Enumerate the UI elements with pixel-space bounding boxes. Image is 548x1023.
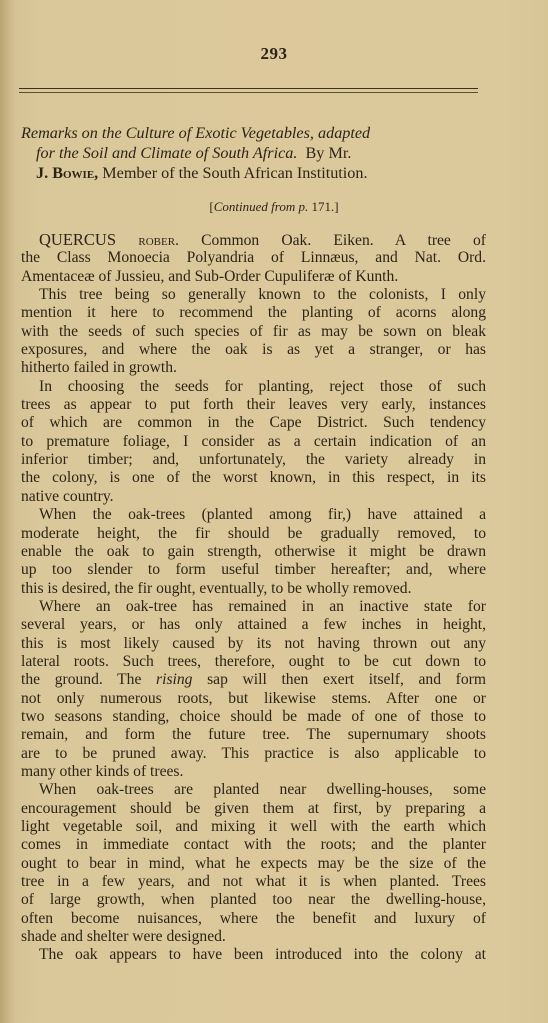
text-line: When the oak-trees (planted among fir,) … <box>21 506 486 524</box>
byline-prefix: By Mr. <box>306 144 352 162</box>
text-segment: to premature foliage, I consider as a ce… <box>21 433 486 450</box>
text-line: native country. <box>21 488 486 506</box>
text-segment: this is most likely caused by its not ha… <box>21 635 486 652</box>
article-body: QUERCUS rober. Common Oak. Eiken. A tree… <box>21 231 486 965</box>
text-segment: enable the oak to gain strength, otherwi… <box>21 543 486 560</box>
text-segment: When oak-trees are planted near dwelling… <box>39 781 486 798</box>
text-line: to premature foliage, I consider as a ce… <box>21 433 486 451</box>
title-italic-1: Remarks on the Culture of Exotic Vegetab… <box>21 124 370 142</box>
text-line: encouragement should be given them at fi… <box>21 800 486 818</box>
text-segment: moderate height, the fir should be gradu… <box>21 525 486 542</box>
text-line: tree in a few years, and not what it is … <box>21 873 486 891</box>
text-segment: comes in immediate contact with the root… <box>21 836 486 853</box>
text-segment: remain, and form the future tree. The su… <box>21 726 486 743</box>
text-line: moderate height, the fir should be gradu… <box>21 525 486 543</box>
text-line: Where an oak-tree has remained in an ina… <box>21 598 486 616</box>
text-segment: Where an oak-tree has remained in an ina… <box>39 598 486 615</box>
text-segment: of large growth, when planted too near t… <box>21 891 486 908</box>
text-segment: rober. <box>138 232 179 249</box>
text-line: exposures, and where the oak is as yet a… <box>21 341 486 359</box>
text-line: enable the oak to gain strength, otherwi… <box>21 543 486 561</box>
header-rule <box>19 88 478 89</box>
text-segment: of which are common in the Cape District… <box>21 414 486 431</box>
text-segment: tree in a few years, and not what it is … <box>21 873 486 890</box>
text-line: hitherto failed in growth. <box>21 359 486 377</box>
author-name: J. Bowie, <box>36 164 98 182</box>
text-segment: this is desired, the fir ought, eventual… <box>21 580 411 597</box>
text-line: the ground. The rising sap will then exe… <box>21 671 486 689</box>
title-italic-2: for the Soil and Climate of South Africa… <box>36 144 297 162</box>
text-segment: two seasons standing, choice should be m… <box>21 708 486 725</box>
book-page: 293 Remarks on the Culture of Exotic Veg… <box>0 0 548 1023</box>
text-segment: This tree being so generally known to th… <box>39 286 486 303</box>
text-segment: are to be pruned away. This practice is … <box>21 745 486 762</box>
text-line: this is most likely caused by its not ha… <box>21 635 486 653</box>
text-line: up too slender to form useful timber her… <box>21 561 486 579</box>
text-line: are to be pruned away. This practice is … <box>21 745 486 763</box>
text-line: this is desired, the fir ought, eventual… <box>21 580 486 598</box>
page-number: 293 <box>0 44 548 64</box>
text-segment: not only numerous roots, but likewise st… <box>21 690 486 707</box>
text-line: two seasons standing, choice should be m… <box>21 708 486 726</box>
text-line: trees as appear to put forth their leave… <box>21 396 486 414</box>
article-title: Remarks on the Culture of Exotic Vegetab… <box>21 123 484 183</box>
text-segment: with the seeds of such species of fir as… <box>21 323 486 340</box>
text-line: of large growth, when planted too near t… <box>21 891 486 909</box>
text-segment: encouragement should be given them at fi… <box>21 800 486 817</box>
text-line: many other kinds of trees. <box>21 763 486 781</box>
text-segment: QUERCUS <box>39 230 138 249</box>
text-line: several years, or has only attained a fe… <box>21 616 486 634</box>
text-line: inferior timber; and, unfortunately, the… <box>21 451 486 469</box>
text-line: ought to bear in mind, what he expects m… <box>21 855 486 873</box>
text-segment: many other kinds of trees. <box>21 763 183 780</box>
text-line: mention it here to recommend the plantin… <box>21 304 486 322</box>
text-line: often become nuisances, where the benefi… <box>21 910 486 928</box>
text-segment: When the oak-trees (planted among fir,) … <box>39 506 486 523</box>
continued-note: [Continued from p. 171.] <box>0 199 548 215</box>
text-line: the colony, is one of the worst known, i… <box>21 469 486 487</box>
text-segment: several years, or has only attained a fe… <box>21 616 486 633</box>
text-line: This tree being so generally known to th… <box>21 286 486 304</box>
text-line: not only numerous roots, but likewise st… <box>21 690 486 708</box>
text-line: When oak-trees are planted near dwelling… <box>21 781 486 799</box>
text-segment: exposures, and where the oak is as yet a… <box>21 341 486 358</box>
text-line: light vegetable soil, and mixing it well… <box>21 818 486 836</box>
text-line: the Class Monoecia Polyandria of Linnæus… <box>21 249 486 267</box>
text-segment: Common Oak. Eiken. A tree of <box>179 232 486 249</box>
text-segment: inferior timber; and, unfortunately, the… <box>21 451 486 468</box>
text-segment: sap will then exert itself, and form <box>192 671 486 688</box>
text-line: remain, and form the future tree. The su… <box>21 726 486 744</box>
title-line-3: J. Bowie, Member of the South African In… <box>21 163 484 183</box>
text-line: of which are common in the Cape District… <box>21 414 486 432</box>
text-segment: The oak appears to have been introduced … <box>39 946 486 963</box>
title-line-1: Remarks on the Culture of Exotic Vegetab… <box>21 123 484 143</box>
text-segment: ought to bear in mind, what he expects m… <box>21 855 486 872</box>
text-line: comes in immediate contact with the root… <box>21 836 486 854</box>
text-segment: shade and shelter were designed. <box>21 928 226 945</box>
header-rule-thin <box>19 92 478 93</box>
author-affiliation: Member of the South African Institution. <box>102 164 367 182</box>
text-segment: In choosing the seeds for planting, reje… <box>39 378 486 395</box>
text-line: lateral roots. Such trees, therefore, ou… <box>21 653 486 671</box>
text-segment: trees as appear to put forth their leave… <box>21 396 486 413</box>
text-segment: mention it here to recommend the plantin… <box>21 304 486 321</box>
text-segment: the ground. The <box>21 671 156 688</box>
continued-italic: Continued from p. <box>214 199 309 214</box>
title-line-2: for the Soil and Climate of South Africa… <box>21 143 484 163</box>
text-segment: lateral roots. Such trees, therefore, ou… <box>21 653 486 670</box>
text-segment: often become nuisances, where the benefi… <box>21 910 486 927</box>
text-line: Amentaceæ of Jussieu, and Sub-Order Cupu… <box>21 268 486 286</box>
text-line: In choosing the seeds for planting, reje… <box>21 378 486 396</box>
text-segment: up too slender to form useful timber her… <box>21 561 486 578</box>
text-line: The oak appears to have been introduced … <box>21 946 486 964</box>
text-line: shade and shelter were designed. <box>21 928 486 946</box>
text-segment: light vegetable soil, and mixing it well… <box>21 818 486 835</box>
text-segment: native country. <box>21 488 114 505</box>
text-segment: rising <box>156 671 192 688</box>
text-segment: the colony, is one of the worst known, i… <box>21 469 486 486</box>
text-segment: hitherto failed in growth. <box>21 359 177 376</box>
continued-page: 171.] <box>312 199 339 214</box>
text-segment: Amentaceæ of Jussieu, and Sub-Order Cupu… <box>21 268 398 285</box>
text-segment: the Class Monoecia Polyandria of Linnæus… <box>21 249 486 266</box>
text-line: QUERCUS rober. Common Oak. Eiken. A tree… <box>21 231 486 249</box>
text-line: with the seeds of such species of fir as… <box>21 323 486 341</box>
